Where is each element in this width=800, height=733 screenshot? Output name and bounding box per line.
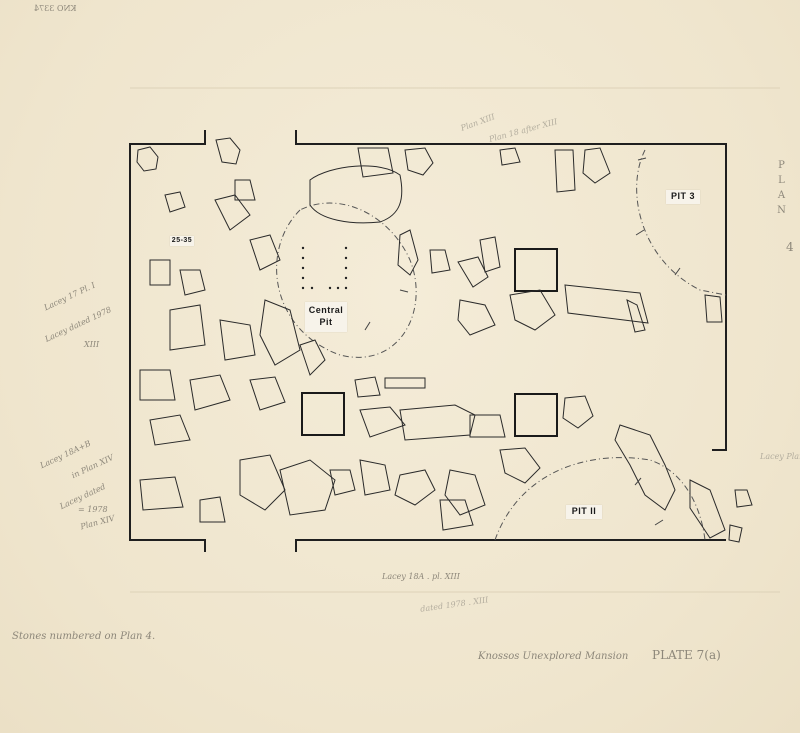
note-bottom-1: Lacey 18A . pl. XIII xyxy=(382,572,460,581)
stones-range-label: 25-35 xyxy=(170,236,194,246)
plan-side-number: 4 xyxy=(786,240,794,254)
central-pit-label-line1: Central xyxy=(305,304,347,316)
stones xyxy=(137,138,752,542)
note-right: Lacey Plan xyxy=(760,452,800,461)
stones-numbered-note: Stones numbered on Plan 4. xyxy=(12,631,155,642)
note-left-lower-4: = 1978 xyxy=(78,505,108,514)
site-title: Knossos Unexplored Mansion xyxy=(478,651,628,662)
excavation-plan xyxy=(0,0,800,733)
central-pit-label-line2: Pit xyxy=(305,316,347,328)
pillar-bases xyxy=(302,249,557,436)
guide-lines xyxy=(130,88,780,592)
plan-side-title: PLAN xyxy=(776,160,787,220)
plate-number: PLATE 7(a) xyxy=(652,648,721,662)
pit-3-label: PIT 3 xyxy=(666,190,700,204)
pit-11-label: PIT II xyxy=(566,505,602,519)
note-left-upper-3: XIII xyxy=(84,340,99,349)
central-pit-label: Central Pit xyxy=(305,302,347,332)
central-pit-markers xyxy=(302,247,347,289)
pit-outlines xyxy=(277,150,726,540)
